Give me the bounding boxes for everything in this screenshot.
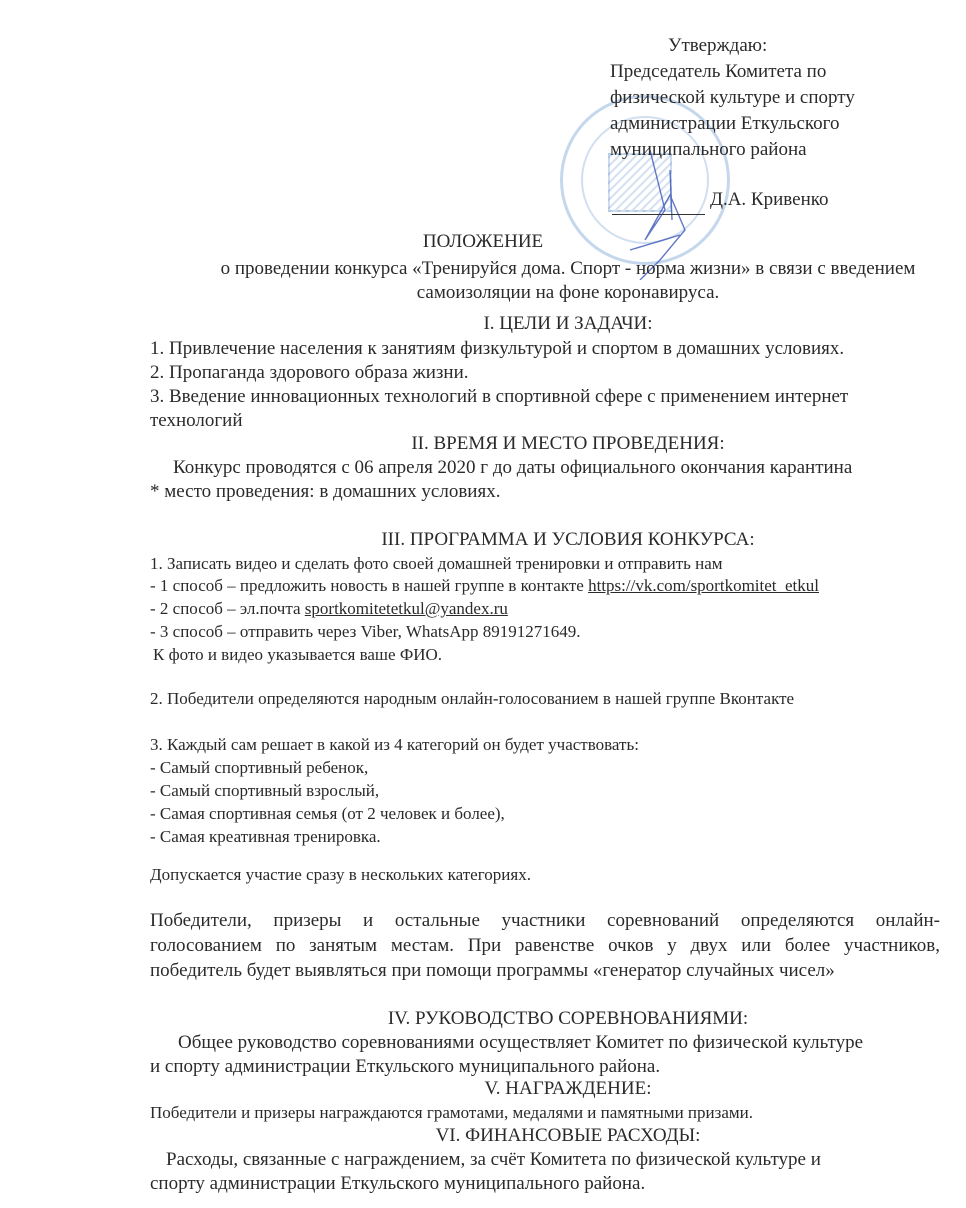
category-item: - Самая спортивная семья (от 2 человек и… (150, 803, 505, 825)
document-title: ПОЛОЖЕНИЕ (0, 231, 966, 253)
finance-text: спорту администрации Еткульского муницип… (150, 1173, 645, 1195)
winners-paragraph-line: голосованием по занятым местам. При раве… (150, 935, 940, 957)
goal-item: 2. Пропаганда здорового образа жизни. (150, 362, 468, 384)
way-1-text: - 1 способ – предложить новость в нашей … (150, 576, 588, 595)
program-step-1: 1. Записать видео и сделать фото своей д… (150, 553, 723, 575)
document-subtitle: о проведении конкурса «Тренируйся дома. … (85, 258, 966, 280)
vk-group-link[interactable]: https://vk.com/sportkomitet_etkul (588, 576, 819, 595)
section-heading-goals: I. ЦЕЛИ И ЗАДАЧИ: (85, 313, 966, 335)
section-heading-time-place: II. ВРЕМЯ И МЕСТО ПРОВЕДЕНИЯ: (85, 433, 966, 455)
email-link[interactable]: sportkomitetetkul@yandex.ru (305, 599, 508, 618)
finance-text: Расходы, связанные с награждением, за сч… (166, 1149, 821, 1171)
management-text: и спорту администрации Еткульского муниц… (150, 1056, 660, 1078)
signature-line (612, 214, 705, 215)
program-way-1: - 1 способ – предложить новость в нашей … (150, 575, 819, 597)
section-heading-awards: V. НАГРАЖДЕНИЕ: (85, 1078, 966, 1100)
awards-text: Победители и призеры награждаются грамот… (150, 1102, 753, 1124)
approval-line: администрации Еткульского (610, 113, 839, 135)
program-step-2: 2. Победители определяются народным онла… (150, 688, 794, 710)
program-way-3: - 3 способ – отправить через Viber, What… (150, 621, 581, 643)
document-subtitle: самоизоляции на фоне коронавируса. (85, 282, 966, 304)
approval-heading: Утверждаю: (668, 35, 767, 57)
winners-paragraph-line: победитель будет выявляться при помощи п… (150, 960, 835, 982)
winners-paragraph-line: Победители, призеры и остальные участник… (150, 910, 940, 932)
signatory-name: Д.А. Кривенко (710, 189, 829, 211)
goal-item: технологий (150, 410, 243, 432)
section-heading-management: IV. РУКОВОДСТВО СОРЕВНОВАНИЯМИ: (85, 1008, 966, 1030)
approval-line: Председатель Комитета по (610, 61, 826, 83)
category-item: - Самый спортивный ребенок, (150, 757, 368, 779)
section-heading-program: III. ПРОГРАММА И УСЛОВИЯ КОНКУРСА: (85, 529, 966, 551)
program-step-3: 3. Каждый сам решает в какой из 4 катего… (150, 734, 639, 756)
approval-line: физической культуре и спорту (610, 87, 855, 109)
fio-note: К фото и видео указывается ваше ФИО. (153, 644, 442, 666)
goal-item: 1. Привлечение населения к занятиям физк… (150, 338, 844, 360)
management-text: Общее руководство соревнованиями осущест… (178, 1032, 863, 1054)
program-way-2: - 2 способ – эл.почта sportkomitetetkul@… (150, 598, 508, 620)
place-text: * место проведения: в домашних условиях. (150, 481, 500, 503)
way-2-text: - 2 способ – эл.почта (150, 599, 305, 618)
approval-line: муниципального района (610, 139, 807, 161)
multi-category-note: Допускается участие сразу в нескольких к… (150, 864, 531, 886)
category-item: - Самый спортивный взрослый, (150, 780, 379, 802)
time-text: Конкурс проводятся с 06 апреля 2020 г до… (173, 457, 852, 479)
goal-item: 3. Введение инновационных технологий в с… (150, 386, 848, 408)
section-heading-finance: VI. ФИНАНСОВЫЕ РАСХОДЫ: (85, 1125, 966, 1147)
category-item: - Самая креативная тренировка. (150, 826, 381, 848)
